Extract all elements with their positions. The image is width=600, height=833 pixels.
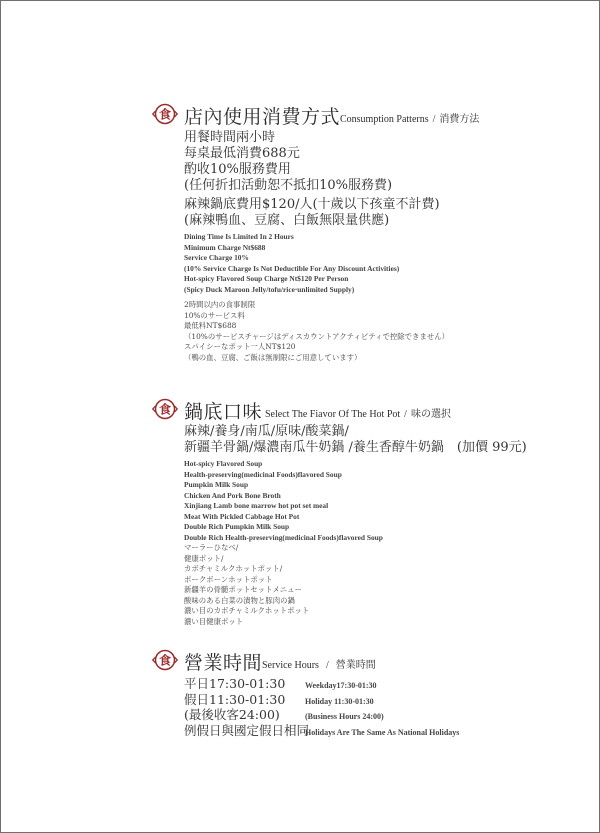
rule-line: 每桌最低消費688元	[184, 146, 449, 162]
flavor-line-en: Meat With Pickled Cabbage Hot Pot	[184, 512, 527, 523]
rule-line-en: Dining Time Is Limited In 2 Hours	[184, 232, 449, 243]
heading-title-en: Service Hours/營業時間	[262, 656, 376, 671]
svg-text:食: 食	[159, 107, 171, 122]
hours-table: 平日17:30-01:30 Weekday17:30-01:30 假日11:30…	[184, 674, 459, 737]
hours-en: Weekday17:30-01:30	[305, 681, 377, 690]
rule-line-en: (10% Service Charge Is Not Deductible Fo…	[184, 264, 449, 275]
flavor-line-en: Double Rich Pumpkin Milk Soup	[184, 522, 527, 533]
flavor-line: 麻辣/養身/南瓜/原味/酸菜鍋/	[184, 424, 527, 440]
rule-line: (麻辣鴨血、豆腐、白飯無限量供應)	[184, 213, 449, 229]
flavor-line: 新疆羊骨鍋/爆濃南瓜牛奶鍋 /養生香醇牛奶鍋 (加價 99元)	[184, 440, 527, 456]
svg-text:食: 食	[159, 402, 171, 417]
flavor-line-jp: 酸味のある白菜の漬物と豚肉の鍋	[184, 596, 527, 607]
pot-food-icon: 食	[152, 649, 178, 671]
rule-line: 麻辣鍋底費用$120/人(十歲以下孩童不計費)	[184, 197, 449, 213]
flavor-line-en: Double Rich Health-preserving(medicinal …	[184, 533, 527, 544]
hours-zh: 例假日與國定假日相同	[184, 721, 305, 739]
hours-row: 假日11:30-01:30 Holiday 11:30-01:30	[184, 690, 459, 706]
flavor-line-jp: 濃い目のカボチャミルクホットポット	[184, 606, 527, 617]
flavor-line-en: Xinjiang Lamb bone marrow hot pot set me…	[184, 501, 527, 512]
svg-text:食: 食	[159, 653, 171, 668]
section-body: 麻辣/養身/南瓜/原味/酸菜鍋/ 新疆羊骨鍋/爆濃南瓜牛奶鍋 /養生香醇牛奶鍋 …	[184, 424, 527, 627]
flavor-line-jp: 健康ポット/	[184, 554, 527, 565]
heading-title-zh: 鍋底口味	[184, 397, 262, 424]
flavor-line-en: Health-preserving(medicinal Foods)flavor…	[184, 470, 527, 481]
rule-line-jp: スパイシーなポット一人NT$120	[184, 342, 449, 353]
rule-line-en: Service Charge 10%	[184, 253, 449, 264]
rule-line: 用餐時間兩小時	[184, 130, 449, 146]
flavor-line-jp: マーラーひなべ/	[184, 543, 527, 554]
flavor-line-en: Pumpkin Milk Soup	[184, 480, 527, 491]
flavor-line-en: Chicken And Pork Bone Broth	[184, 491, 527, 502]
heading-title-en: Consumption Patterns/消費方法	[340, 110, 479, 125]
flavor-line-jp: カボチャミルクホットポット/	[184, 564, 527, 575]
flavor-line-jp: 濃い目健康ポット	[184, 617, 527, 628]
pot-food-icon: 食	[152, 398, 178, 420]
heading-title-zh: 營業時間	[184, 648, 262, 675]
rule-line-jp: 10%のサービス料	[184, 311, 449, 322]
hours-en: Holiday 11:30-01:30	[305, 697, 374, 706]
hours-row: 平日17:30-01:30 Weekday17:30-01:30	[184, 674, 459, 690]
section-body: 用餐時間兩小時 每桌最低消費688元 酌收10%服務費用 (任何折扣活動恕不抵扣…	[184, 130, 449, 363]
rule-line-jp: （10%のサービスチャージはディスカウントアクティビティで控除できません）	[184, 332, 449, 343]
hours-en: (Business Hours 24:00)	[305, 712, 384, 721]
heading-title-en: Select The Fiavor Of The Hot Pot/味の選択	[265, 405, 451, 420]
hours-row: (最後收客24:00) (Business Hours 24:00)	[184, 705, 459, 721]
flavor-line-jp: ポークボーンホットポット	[184, 575, 527, 586]
rule-line-jp: 最低料NT$688	[184, 321, 449, 332]
flavor-line-en: Hot-spicy Flavored Soup	[184, 459, 527, 470]
rule-line-jp: 2時間以内の食事制限	[184, 300, 449, 311]
rule-line-en: Hot-spicy Flavored Soup Charge Nt$120 Pe…	[184, 274, 449, 285]
rule-line: 酌收10%服務費用	[184, 162, 449, 178]
rule-line-en: (Spicy Duck Maroon Jelly/tofu/rice‧unlim…	[184, 285, 449, 296]
rule-line: (任何折扣活動恕不抵扣10%服務費)	[184, 178, 449, 194]
rule-line-jp: （鴨の血、豆腐、ご飯は無制限にご用意しています）	[184, 353, 449, 364]
flavor-line-jp: 新疆羊の骨髄ポットセットメニュー	[184, 585, 527, 596]
pot-food-icon: 食	[152, 103, 178, 125]
hours-en: Holidays Are The Same As National Holida…	[305, 728, 459, 737]
rule-line-en: Minimum Charge Nt$688	[184, 243, 449, 254]
heading-title-zh: 店內使用消費方式	[184, 102, 340, 129]
hours-row: 例假日與國定假日相同 Holidays Are The Same As Nati…	[184, 721, 459, 737]
